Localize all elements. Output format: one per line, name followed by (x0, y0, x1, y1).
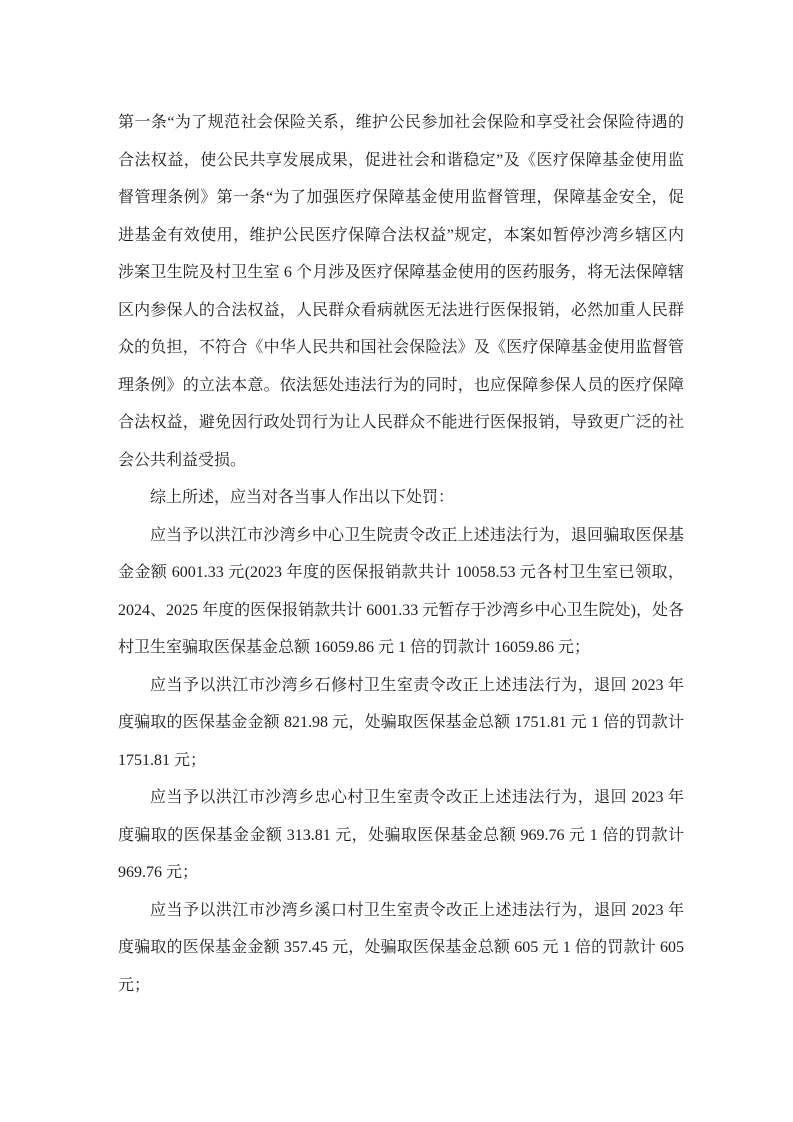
paragraph-legal-basis: 第一条“为了规范社会保险关系，维护公民参加社会保险和享受社会保险待遇的合法权益，… (118, 104, 684, 479)
paragraph-penalty-xikou-village: 应当予以洪江市沙湾乡溪口村卫生室责令改正上述违法行为，退回 2023 年度骗取的… (118, 892, 684, 1005)
paragraph-penalty-shixiu-village: 应当予以洪江市沙湾乡石修村卫生室责令改正上述违法行为，退回 2023 年度骗取的… (118, 667, 684, 780)
paragraph-penalty-zhongxin-village: 应当予以洪江市沙湾乡忠心村卫生室责令改正上述违法行为，退回 2023 年度骗取的… (118, 779, 684, 892)
document-page: { "page": { "background_color": "#ffffff… (0, 0, 793, 1122)
page-canvas: 第一条“为了规范社会保险关系，维护公民参加社会保险和享受社会保险待遇的合法权益，… (0, 0, 793, 1122)
document-text-block: 第一条“为了规范社会保险关系，维护公民参加社会保险和享受社会保险待遇的合法权益，… (118, 104, 684, 1004)
paragraph-penalty-central-clinic: 应当予以洪江市沙湾乡中心卫生院责令改正上述违法行为，退回骗取医保基金金额 600… (118, 517, 684, 667)
paragraph-summary-lead: 综上所述，应当对各当事人作出以下处罚： (118, 479, 684, 517)
